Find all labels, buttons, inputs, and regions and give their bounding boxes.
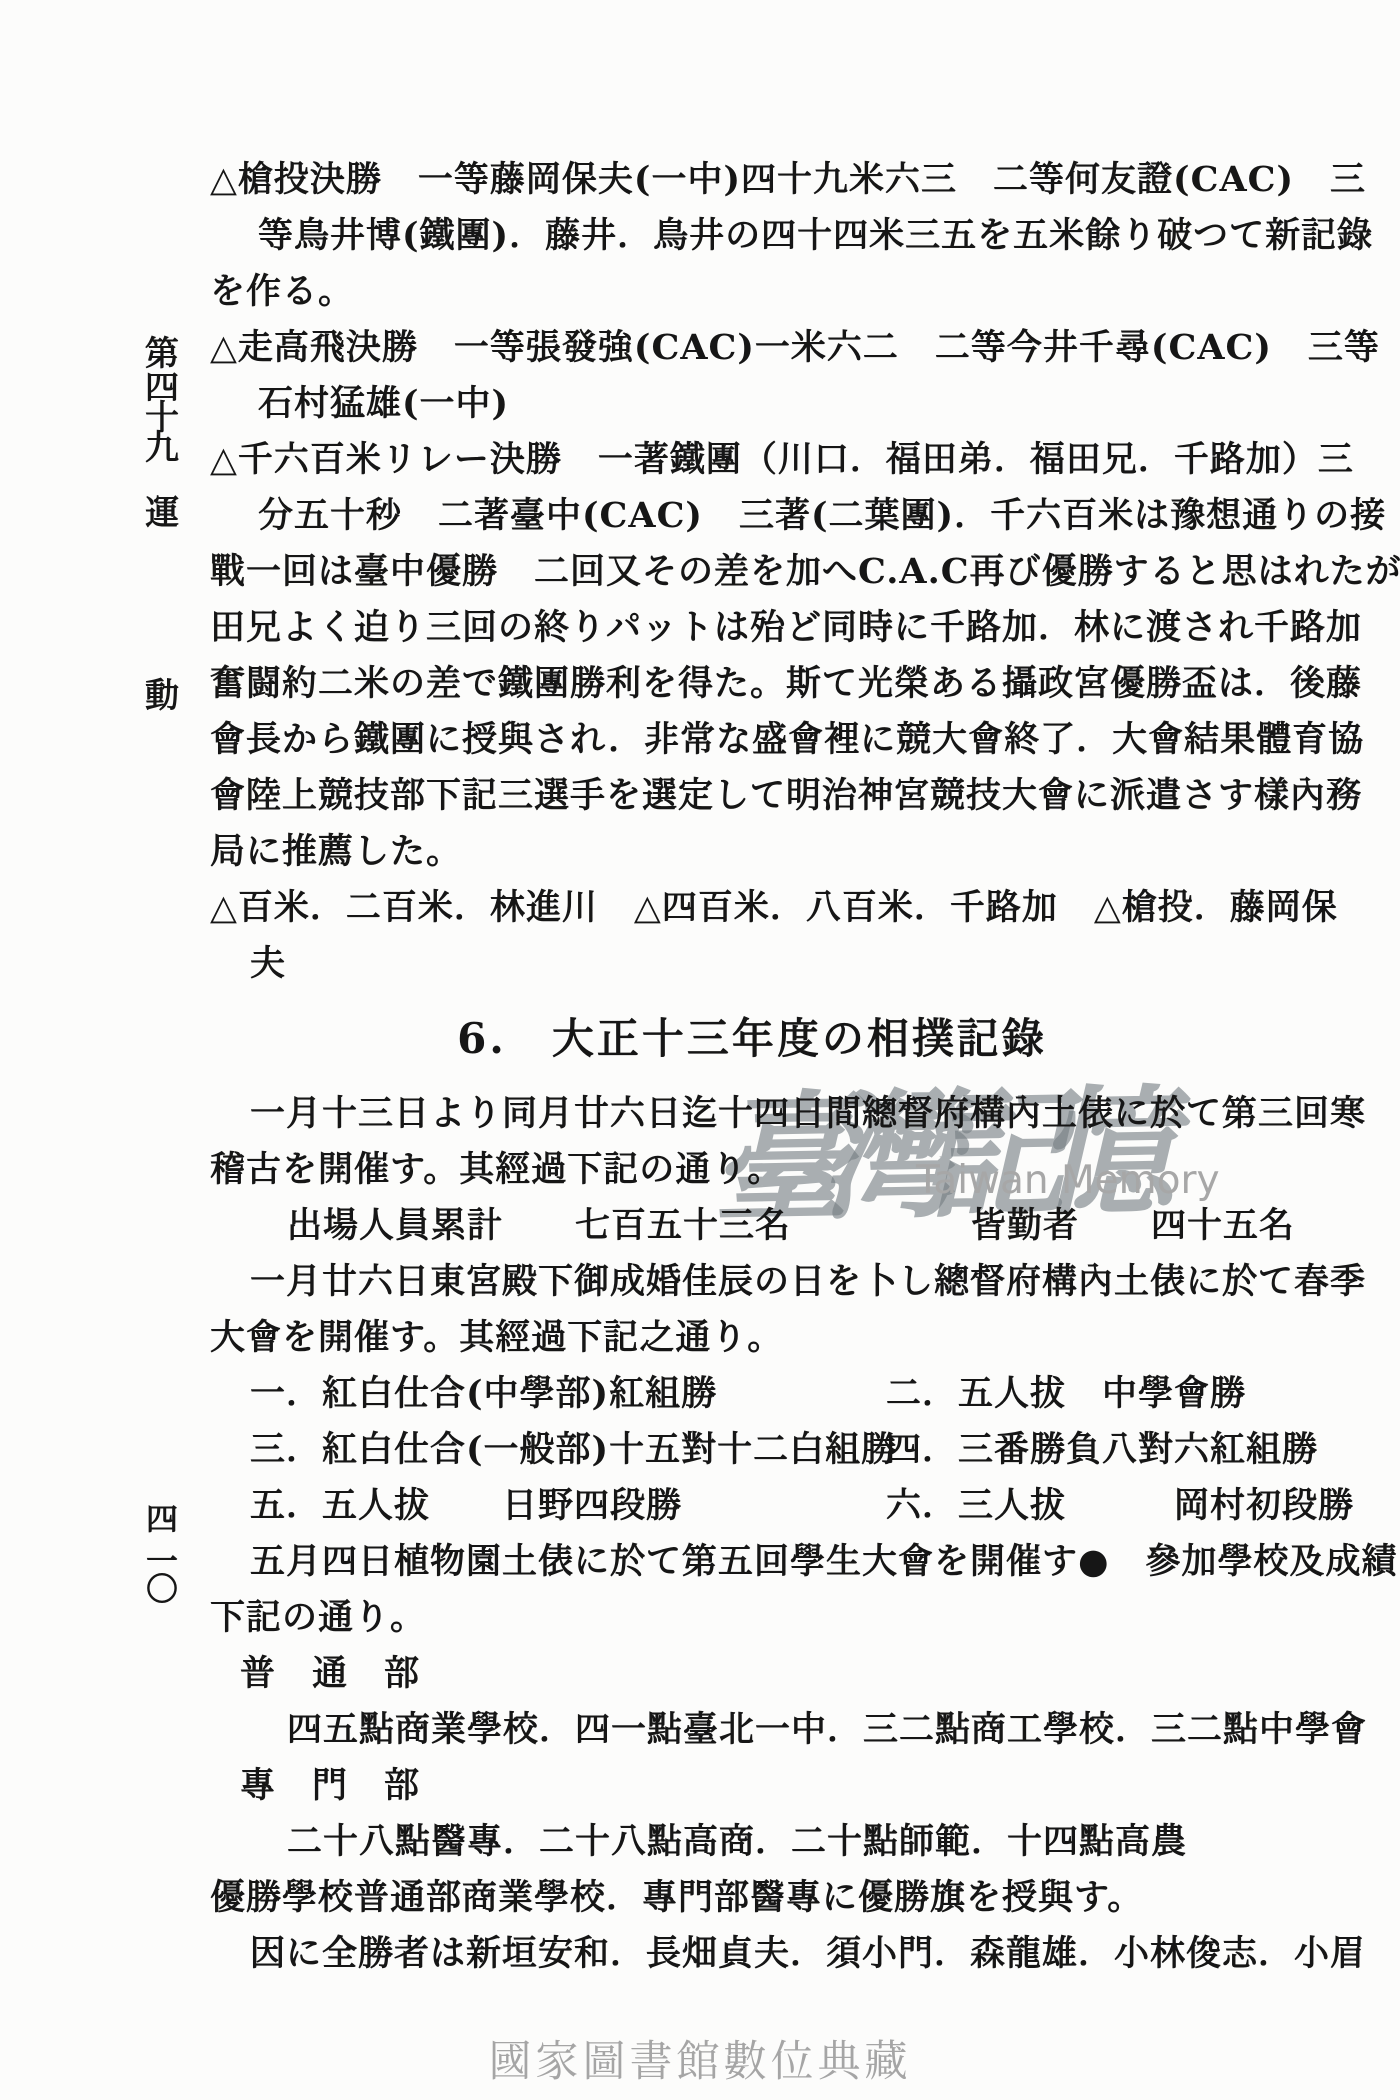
text-line: 局に推薦した。 [0,824,1400,880]
scanned-document-page: 臺灣記憶 Taiwan Memory 第 四 十 九 運 動 四 一 〇 △槍投… [0,0,1400,2100]
text-line: 稽古を開催す。其經過下記の通り。 [0,1142,1400,1198]
text-line: 戰一回は臺中優勝 二回又その差を加へC.A.C再び優勝すると思はれたが福 [0,544,1400,600]
text-line: 五月四日植物園土俵に於て第五回學生大會を開催す● 參加學校及成績 [0,1534,1400,1590]
results-cell: 三．紅白仕合(一般部)十五對十二白組勝 [250,1429,897,1470]
text-line: 田兄よく迫り三回の終りパットは殆ど同時に千路加．林に渡され千路加 [0,600,1400,656]
text-line: 因に全勝者は新垣安和．長畑貞夫．須小門．森龍雄．小林俊志．小眉 [0,1926,1400,1982]
results-cell: 四．三番勝負八對六紅組勝 [886,1422,1318,1478]
page-content: △槍投決勝 一等藤岡保夫(一中)四十九米六三 二等何友證(CAC) 三 等鳥井博… [0,152,1400,1982]
text-line: 專 門 部 [0,1758,1400,1814]
text-line: 會長から鐵團に授與され．非常な盛會裡に競大會終了．大會結果體育協 [0,712,1400,768]
text-line: 奮闘約二米の差で鐵團勝利を得た。斯て光榮ある攝政宮優勝盃は．後藤 [0,656,1400,712]
text-line: 一月十三日より同月廿六日迄十四日間總督府構內土俵に於て第三回寒 [0,1086,1400,1142]
results-row: 一．紅白仕合(中學部)紅組勝 二．五人拔 中學會勝 [0,1366,1400,1422]
results-row: 三．紅白仕合(一般部)十五對十二白組勝 四．三番勝負八對六紅組勝 [0,1422,1400,1478]
text-line: 普 通 部 [0,1646,1400,1702]
library-footer: 國家圖書館數位典藏 [0,2028,1400,2089]
text-line: 分五十秒 二著臺中(CAC) 三著(二葉團)．千六百米は豫想通りの接 [0,488,1400,544]
text-line: 石村猛雄(一中) [0,376,1400,432]
sumo-section-heading: 6. 大正十三年度の相撲記錄 [52,1008,1400,1070]
results-row: 五．五人拔 日野四段勝 六．三人拔 岡村初段勝 [0,1478,1400,1534]
text-line: を作る。 [0,264,1400,320]
text-line: 下記の通り。 [0,1590,1400,1646]
results-cell: 六．三人拔 岡村初段勝 [886,1478,1354,1534]
text-line: 出場人員累計 七百五十三名 皆勤者 四十五名 [0,1198,1400,1254]
text-line: △槍投決勝 一等藤岡保夫(一中)四十九米六三 二等何友證(CAC) 三 [0,152,1400,208]
results-cell: 二．五人拔 中學會勝 [886,1366,1246,1422]
text-line: 二十八點醫專．二十八點高商．二十點師範．十四點高農 [0,1814,1400,1870]
results-cell: 五．五人拔 日野四段勝 [250,1485,682,1526]
text-line: △百米．二百米．林進川 △四百米．八百米．千路加 △槍投．藤岡保 [0,880,1400,936]
text-line: △走高飛決勝 一等張發強(CAC)一米六二 二等今井千尋(CAC) 三等 [0,320,1400,376]
text-line: 一月廿六日東宮殿下御成婚佳辰の日を卜し總督府構內土俵に於て春季 [0,1254,1400,1310]
text-line: 夫 [0,936,1400,992]
text-line: 優勝學校普通部商業學校．專門部醫專に優勝旗を授與す。 [0,1870,1400,1926]
text-line: 會陸上競技部下記三選手を選定して明治神宮競技大會に派遣さす樣內務 [0,768,1400,824]
text-line: 等鳥井博(鐵團)．藤井．鳥井の四十四米三五を五米餘り破つて新記錄 [0,208,1400,264]
text-line: 大會を開催す。其經過下記之通り。 [0,1310,1400,1366]
results-cell: 一．紅白仕合(中學部)紅組勝 [250,1373,717,1414]
text-line: 四五點商業學校．四一點臺北一中．三二點商工學校．三二點中學會 [0,1702,1400,1758]
text-line: △千六百米リレー決勝 一著鐵團（川口．福田弟．福田兄．千路加）三 [0,432,1400,488]
